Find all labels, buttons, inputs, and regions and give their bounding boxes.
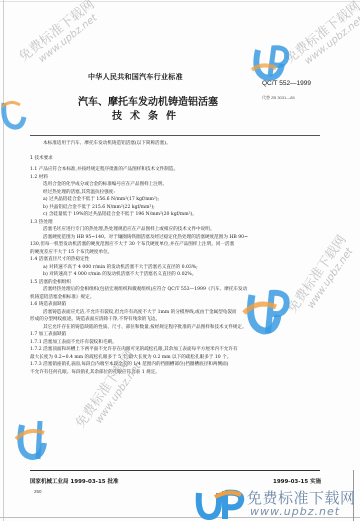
clause: 1.1 产品应符合本标准,并按经规定程序批准的产品图样和技术文件制造。 xyxy=(30,166,322,174)
list-item: b) 对转速高于 4 000 r/min 的发动机活塞不大于活塞名义直径的 0.… xyxy=(30,271,322,279)
clause-text: 选用合金的化学成分或合金的标准编号应在产品图样上注明。 xyxy=(30,181,322,189)
up-logo-icon xyxy=(248,40,293,85)
clause-text: 不允许有任何孔眼。每段销孔其余部位的孔眼应符合表 1 规定。 xyxy=(30,369,322,377)
clause: 1.7.2 活塞顶面和环槽上下两平面不允许存在肉眼可见的疏松孔眼,其余加工表面每… xyxy=(30,346,322,354)
clause-heading: 1.4 活塞直径尺寸的热稳定性 xyxy=(30,256,322,264)
up-logo-icon xyxy=(195,487,245,521)
implementation-date: 1999-03-15 实施 xyxy=(273,477,321,485)
clause-text: 经过热处理的活塞,其常温抗拉强度: xyxy=(30,189,322,197)
scan-edge-left xyxy=(3,0,4,521)
list-item: a) 过共晶铝硅合金不低于 156.6 N/mm²(17 kgf/mm²); xyxy=(30,196,322,204)
clause-text: 130,但每一机型发动机活塞的硬度范围应不大于 30 个布氏硬度单位,并在产品图… xyxy=(30,241,322,249)
clause-text: 最大长度为 0.2~0.4 mm 的疏松孔眼多于 5 个;最大长度为 0.2 m… xyxy=(30,354,322,362)
document-body: 本标准适用于汽车、摩托车发动机铸造铝活塞(以下简称活塞)。 1 技术要求 1.1… xyxy=(30,140,322,376)
page-number: 250 xyxy=(34,489,42,494)
up-logo-icon xyxy=(242,285,292,340)
clause-heading: 1.3 热处理 xyxy=(30,219,322,227)
up-logo-icon xyxy=(0,95,30,135)
watermark-top-left: 免费标准下载网 www.upbz.net xyxy=(14,0,104,74)
list-item: c) 含硅量低于 19%的过共晶铝硅合金不低于 196 N/mm²(20 kgf… xyxy=(30,211,322,219)
intro-paragraph: 本标准适用于汽车、摩托车发动机铸造铝活塞(以下简称活塞)。 xyxy=(30,140,322,148)
clause-text: 活塞硬度范围为 HB 95~140。对于镶圈铸铁圈活塞及经过稳定化热处理的活塞硬… xyxy=(30,234,322,242)
clause-text: 活塞毛坯应进行专门的热处理,热处理规范应在产品图样上或相应的技术文件中说明。 xyxy=(30,226,322,234)
document-subtitle: 技术条件 xyxy=(78,107,218,122)
clause: 1.7.3 活塞销座销孔表面,每段自内端至本段全长的 1/4 范围内的挡圈槽部位… xyxy=(30,361,322,369)
clause-heading: 1.2 材料 xyxy=(30,174,322,182)
list-item: b) 共晶铝硅合金不低于 215.6 N/mm²(22 kgf/mm²); xyxy=(30,204,322,212)
list-item: a) 对转速不高于 4 000 r/min 的发动机活塞不大于活塞名义直径的 0… xyxy=(30,264,322,272)
approval-info: 国家机械工业局 1999-03-15 批准 xyxy=(30,477,119,485)
brand-watermark: 免费标准下载网 www.upbz.net xyxy=(195,487,360,521)
section-heading: 1 技术要求 xyxy=(30,155,322,163)
footer-divider xyxy=(30,470,320,471)
document-page: 中华人民共和国汽车行业标准 QC/T 552—1999 代替 ZB 3031—8… xyxy=(0,0,360,521)
clause-text: 的硬度差应不大于 15 个布氏硬度单位。 xyxy=(30,249,322,257)
replaces-standard: 代替 ZB 3031—85 xyxy=(262,95,295,101)
header-divider xyxy=(30,135,320,136)
issuing-organization: 中华人民共和国汽车行业标准 xyxy=(88,72,183,82)
brand-url: www.upbz.net xyxy=(250,505,340,518)
document-title: 汽车、摩托车发动机铸造铝活塞 xyxy=(78,93,218,108)
up-logo-icon xyxy=(14,415,54,465)
scan-edge-top xyxy=(0,1,360,2)
